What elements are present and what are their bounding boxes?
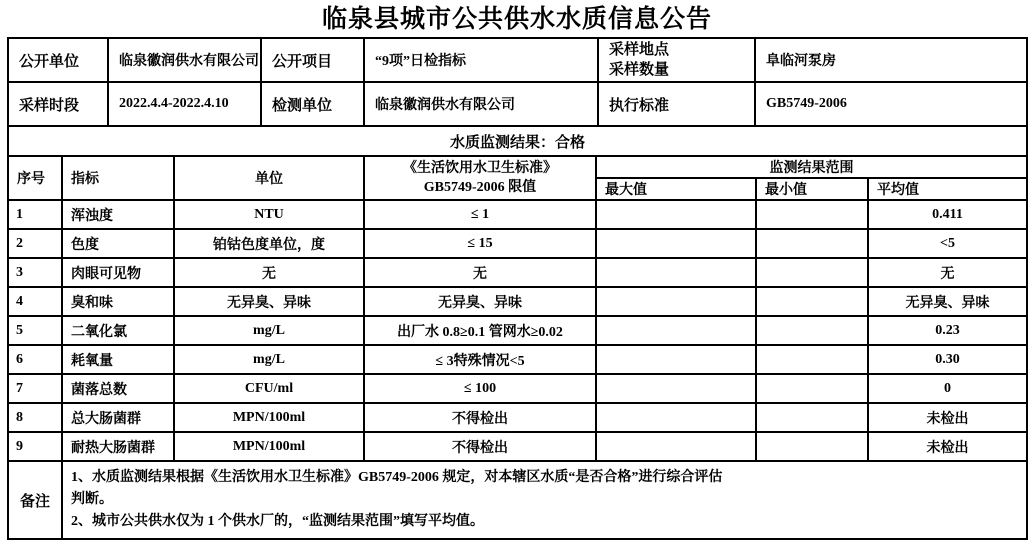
announcement-sheet: 公开单位 临泉徽润供水有限公司 公开项目 “9项”日检指标 采样地点 采样数量 … bbox=[7, 37, 1026, 540]
max-value-cell bbox=[596, 316, 756, 345]
indicator-cell: 菌落总数 bbox=[62, 374, 174, 403]
unit-cell: 无异臭、异味 bbox=[174, 287, 364, 316]
row-no-cell: 3 bbox=[8, 258, 62, 287]
indicator-cell: 浑浊度 bbox=[62, 200, 174, 229]
table-row: 9 耐热大肠菌群 MPN/100ml 不得检出 未检出 bbox=[8, 432, 1027, 461]
header-no: 序号 bbox=[8, 156, 62, 200]
limit-cell: 出厂水 0.8≥0.1 管网水≥0.02 bbox=[364, 316, 596, 345]
remark-label: 备注 bbox=[8, 461, 62, 539]
result-banner: 水质监测结果：合格 bbox=[8, 126, 1027, 156]
indicator-table-body: 1 浑浊度 NTU ≤ 1 0.411 2 色度 铂钴色度单位，度 ≤ 15 <… bbox=[8, 200, 1027, 461]
limit-cell: 无异臭、异味 bbox=[364, 287, 596, 316]
max-value-cell bbox=[596, 258, 756, 287]
header-limit: 《生活饮用水卫生标准》 GB5749-2006 限值 bbox=[364, 156, 596, 200]
indicator-cell: 耗氧量 bbox=[62, 345, 174, 374]
min-value-cell bbox=[756, 374, 868, 403]
remark-line: 1、水质监测结果根据《生活饮用水卫生标准》GB5749-2006 规定，对本辖区… bbox=[71, 467, 1018, 489]
indicator-cell: 二氧化氯 bbox=[62, 316, 174, 345]
min-value-cell bbox=[756, 258, 868, 287]
header-max: 最大值 bbox=[596, 178, 756, 200]
indicator-table: 序号 指标 单位 《生活饮用水卫生标准》 GB5749-2006 限值 监测结果… bbox=[7, 155, 1028, 540]
sample-period-value: 2022.4.4-2022.4.10 bbox=[108, 82, 261, 126]
remark-line: 2、城市公共供水仅为 1 个供水厂的，“监测结果范围”填写平均值。 bbox=[71, 511, 1018, 533]
table-row: 7 菌落总数 CFU/ml ≤ 100 0 bbox=[8, 374, 1027, 403]
avg-value-cell: 无 bbox=[868, 258, 1027, 287]
max-value-cell bbox=[596, 403, 756, 432]
info-table: 公开单位 临泉徽润供水有限公司 公开项目 “9项”日检指标 采样地点 采样数量 … bbox=[7, 37, 1028, 157]
sample-count-label: 采样数量 bbox=[609, 60, 754, 80]
header-indicator: 指标 bbox=[62, 156, 174, 200]
row-no-cell: 5 bbox=[8, 316, 62, 345]
indicator-cell: 肉眼可见物 bbox=[62, 258, 174, 287]
table-row: 8 总大肠菌群 MPN/100ml 不得检出 未检出 bbox=[8, 403, 1027, 432]
avg-value-cell: 未检出 bbox=[868, 432, 1027, 461]
row-no-cell: 6 bbox=[8, 345, 62, 374]
unit-cell: 铂钴色度单位，度 bbox=[174, 229, 364, 258]
public-unit-label: 公开单位 bbox=[8, 38, 108, 82]
max-value-cell bbox=[596, 200, 756, 229]
sample-period-label: 采样时段 bbox=[8, 82, 108, 126]
limit-cell: ≤ 100 bbox=[364, 374, 596, 403]
header-limit-line1: 《生活饮用水卫生标准》 bbox=[365, 159, 595, 178]
sample-location-count-label: 采样地点 采样数量 bbox=[598, 38, 755, 82]
min-value-cell bbox=[756, 403, 868, 432]
avg-value-cell: 未检出 bbox=[868, 403, 1027, 432]
table-row: 1 浑浊度 NTU ≤ 1 0.411 bbox=[8, 200, 1027, 229]
avg-value-cell: 0.411 bbox=[868, 200, 1027, 229]
remark-line: 判断。 bbox=[71, 489, 1018, 511]
remark-body: 1、水质监测结果根据《生活饮用水卫生标准》GB5749-2006 规定，对本辖区… bbox=[62, 461, 1027, 539]
test-unit-label: 检测单位 bbox=[261, 82, 364, 126]
table-row: 6 耗氧量 mg/L ≤ 3特殊情况<5 0.30 bbox=[8, 345, 1027, 374]
row-no-cell: 4 bbox=[8, 287, 62, 316]
header-limit-line2: GB5749-2006 限值 bbox=[365, 178, 595, 197]
limit-cell: 不得检出 bbox=[364, 403, 596, 432]
page-title: 临泉县城市公共供水水质信息公告 bbox=[0, 3, 1034, 37]
sample-location-label: 采样地点 bbox=[609, 40, 754, 60]
test-unit-value: 临泉徽润供水有限公司 bbox=[364, 82, 598, 126]
row-no-cell: 2 bbox=[8, 229, 62, 258]
max-value-cell bbox=[596, 432, 756, 461]
table-row: 2 色度 铂钴色度单位，度 ≤ 15 <5 bbox=[8, 229, 1027, 258]
row-no-cell: 1 bbox=[8, 200, 62, 229]
avg-value-cell: 0.30 bbox=[868, 345, 1027, 374]
row-no-cell: 8 bbox=[8, 403, 62, 432]
header-unit: 单位 bbox=[174, 156, 364, 200]
min-value-cell bbox=[756, 200, 868, 229]
unit-cell: NTU bbox=[174, 200, 364, 229]
limit-cell: 不得检出 bbox=[364, 432, 596, 461]
public-project-label: 公开项目 bbox=[261, 38, 364, 82]
min-value-cell bbox=[756, 345, 868, 374]
avg-value-cell: 0.23 bbox=[868, 316, 1027, 345]
unit-cell: CFU/ml bbox=[174, 374, 364, 403]
header-min: 最小值 bbox=[756, 178, 868, 200]
max-value-cell bbox=[596, 345, 756, 374]
limit-cell: ≤ 3特殊情况<5 bbox=[364, 345, 596, 374]
min-value-cell bbox=[756, 316, 868, 345]
indicator-cell: 耐热大肠菌群 bbox=[62, 432, 174, 461]
min-value-cell bbox=[756, 229, 868, 258]
min-value-cell bbox=[756, 432, 868, 461]
limit-cell: 无 bbox=[364, 258, 596, 287]
table-row: 4 臭和味 无异臭、异味 无异臭、异味 无异臭、异味 bbox=[8, 287, 1027, 316]
standard-value: GB5749-2006 bbox=[755, 82, 1027, 126]
unit-cell: mg/L bbox=[174, 316, 364, 345]
max-value-cell bbox=[596, 287, 756, 316]
unit-cell: MPN/100ml bbox=[174, 403, 364, 432]
public-unit-value: 临泉徽润供水有限公司 bbox=[108, 38, 261, 82]
table-row: 3 肉眼可见物 无 无 无 bbox=[8, 258, 1027, 287]
header-range-group: 监测结果范围 bbox=[596, 156, 1027, 178]
limit-cell: ≤ 15 bbox=[364, 229, 596, 258]
unit-cell: MPN/100ml bbox=[174, 432, 364, 461]
standard-label: 执行标准 bbox=[598, 82, 755, 126]
unit-cell: mg/L bbox=[174, 345, 364, 374]
header-avg: 平均值 bbox=[868, 178, 1027, 200]
indicator-cell: 色度 bbox=[62, 229, 174, 258]
avg-value-cell: 无异臭、异味 bbox=[868, 287, 1027, 316]
min-value-cell bbox=[756, 287, 868, 316]
row-no-cell: 9 bbox=[8, 432, 62, 461]
unit-cell: 无 bbox=[174, 258, 364, 287]
limit-cell: ≤ 1 bbox=[364, 200, 596, 229]
sample-site-value: 阜临河泵房 bbox=[755, 38, 1027, 82]
indicator-cell: 臭和味 bbox=[62, 287, 174, 316]
public-project-value: “9项”日检指标 bbox=[364, 38, 598, 82]
avg-value-cell: <5 bbox=[868, 229, 1027, 258]
max-value-cell bbox=[596, 229, 756, 258]
row-no-cell: 7 bbox=[8, 374, 62, 403]
max-value-cell bbox=[596, 374, 756, 403]
indicator-cell: 总大肠菌群 bbox=[62, 403, 174, 432]
table-row: 5 二氧化氯 mg/L 出厂水 0.8≥0.1 管网水≥0.02 0.23 bbox=[8, 316, 1027, 345]
avg-value-cell: 0 bbox=[868, 374, 1027, 403]
